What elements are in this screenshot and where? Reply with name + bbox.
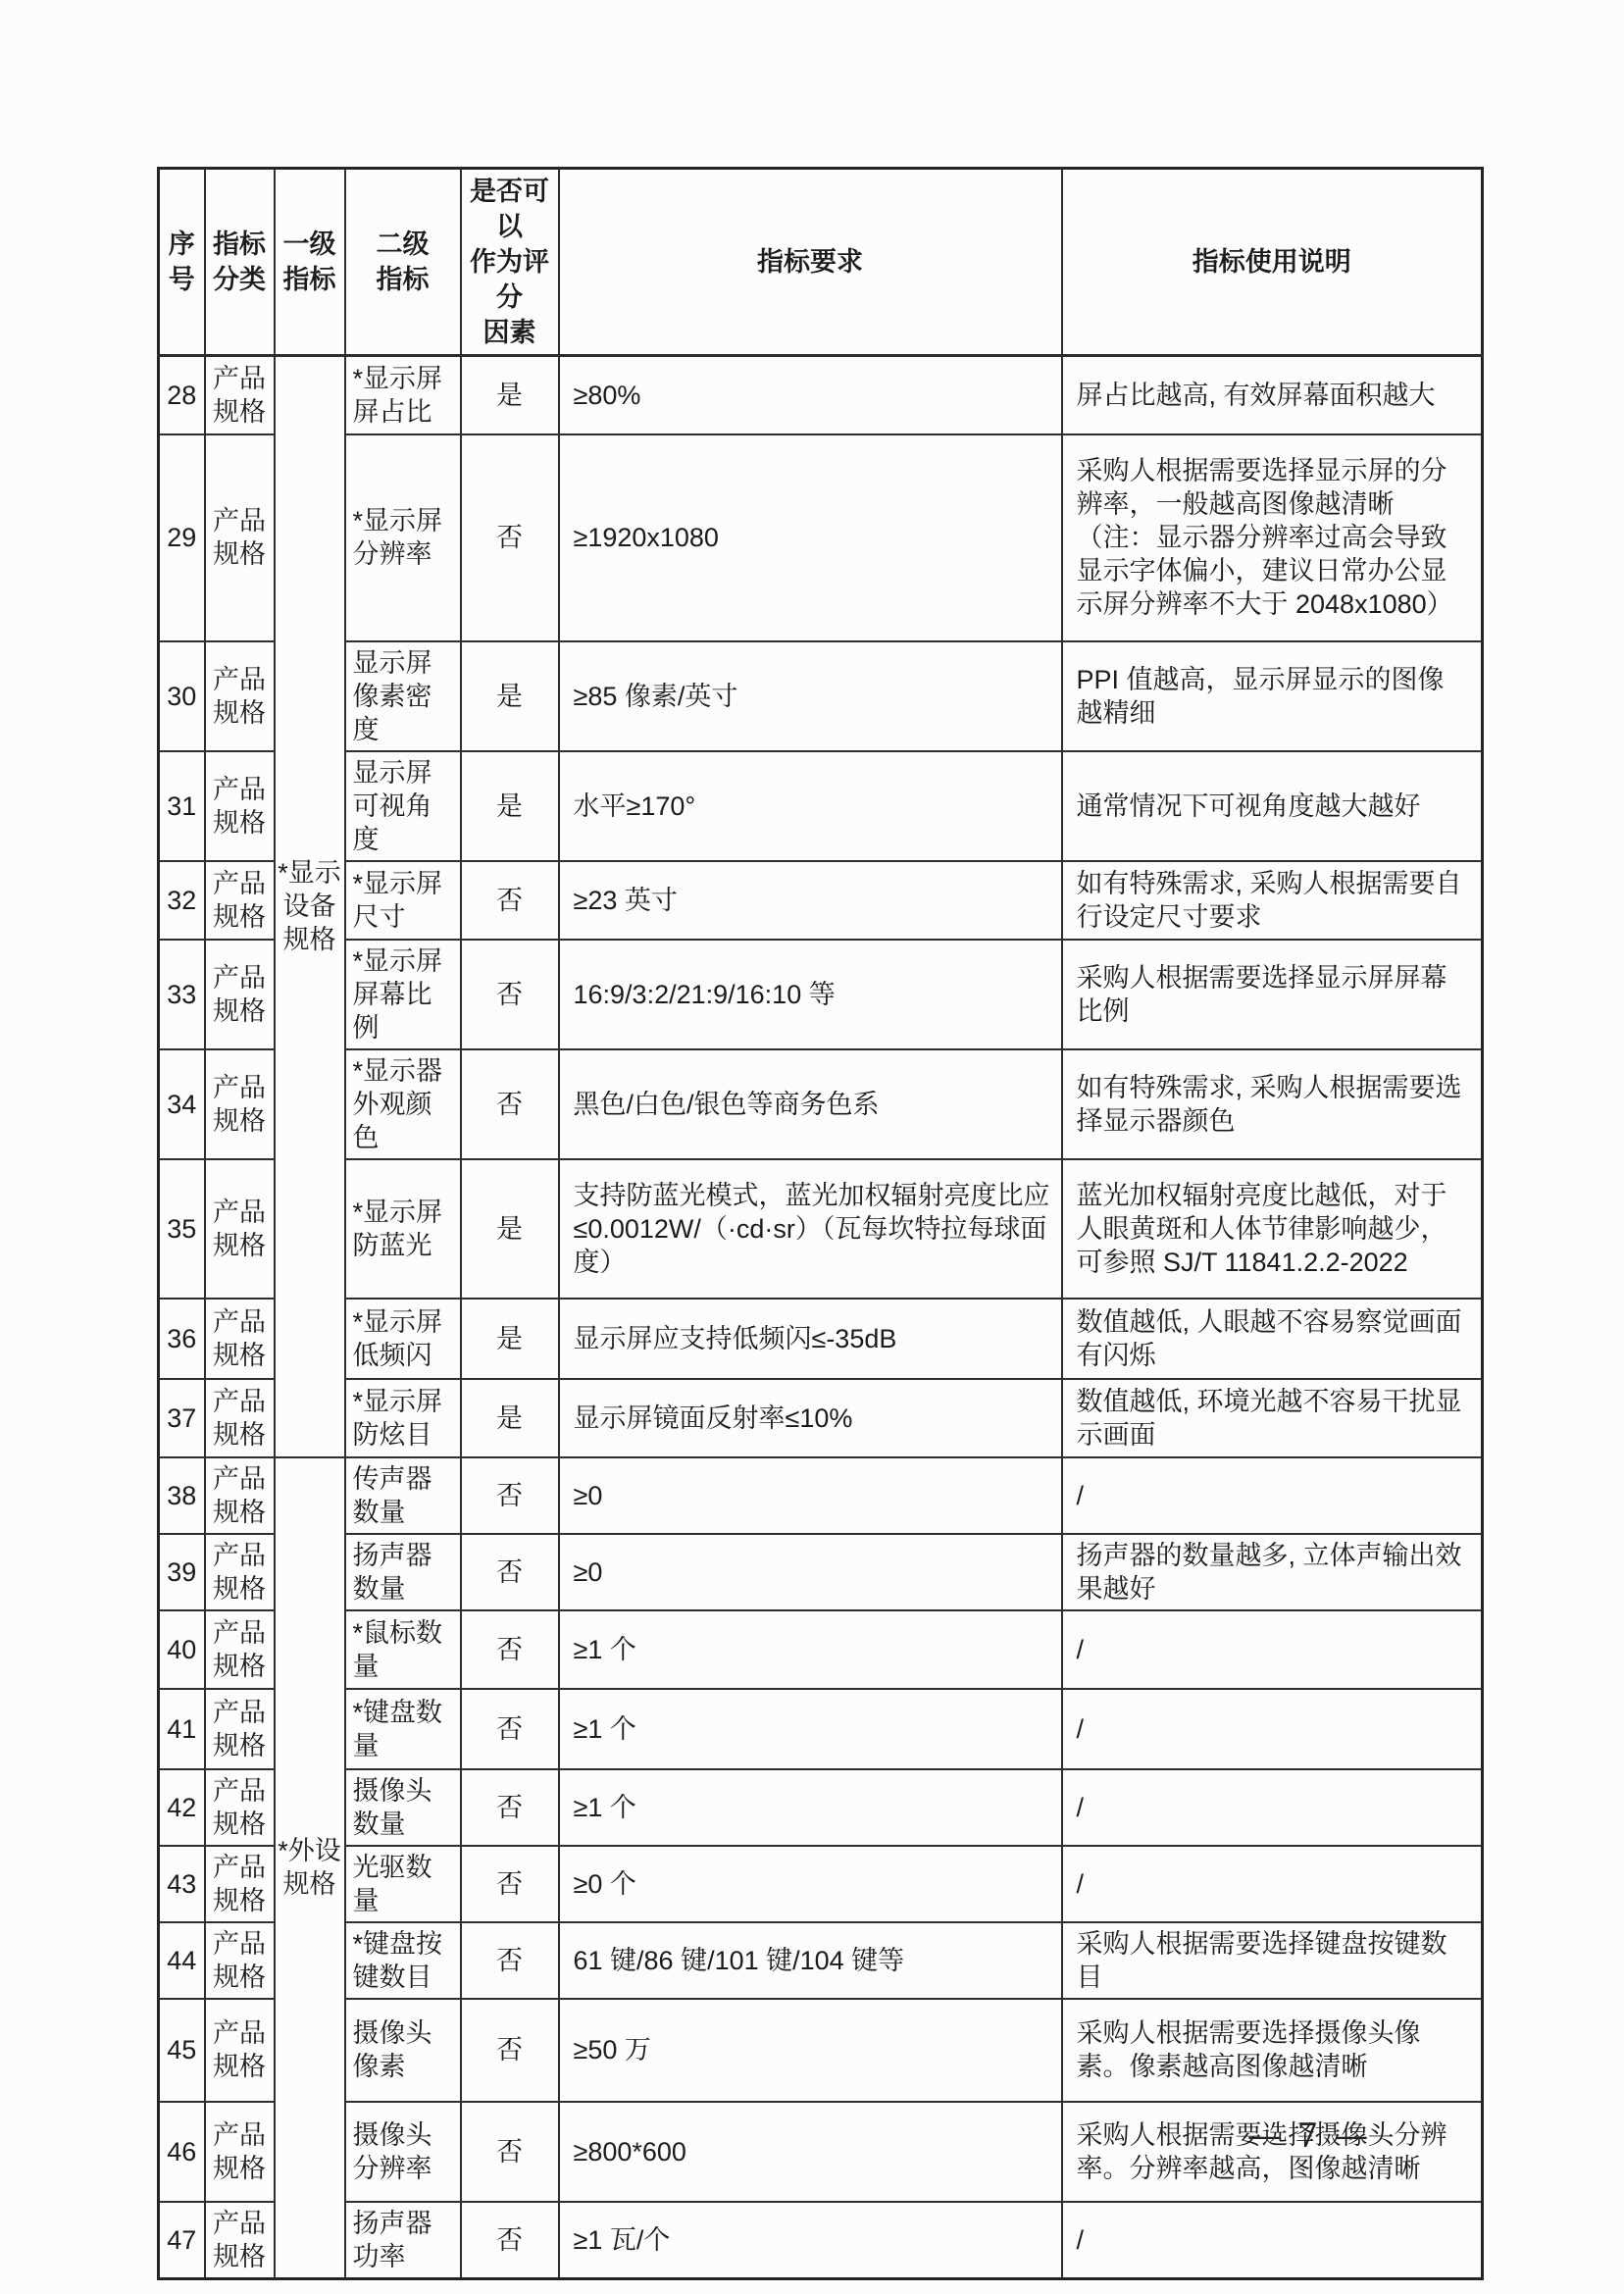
table-body: 28产品规格*显示 设备 规格*显示屏屏占比是≥80%屏占比越高, 有效屏幕面积… [159, 356, 1483, 2279]
usage-note-cell: 采购人根据需要选择摄像头像素。像素越高图像越清晰 [1062, 1999, 1483, 2102]
secondary-indicator-cell: 显示屏像素密度 [345, 641, 461, 751]
usage-note-cell: 屏占比越高, 有效屏幕面积越大 [1062, 356, 1483, 434]
requirement-cell: ≥50 万 [559, 1999, 1062, 2102]
secondary-indicator-cell: 扬声器数量 [345, 1534, 461, 1610]
column-header-primary: 一级 指标 [275, 169, 345, 356]
secondary-indicator-cell: *显示器外观颜色 [345, 1049, 461, 1159]
scoring-factor-cell: 否 [461, 940, 559, 1049]
usage-note-cell: / [1062, 1769, 1483, 1846]
requirement-cell: ≥85 像素/英寸 [559, 641, 1062, 751]
category-cell: 产品规格 [205, 1610, 275, 1689]
requirement-cell: 显示屏应支持低频闪≤-35dB [559, 1299, 1062, 1379]
usage-note-cell: / [1062, 1689, 1483, 1769]
table-row-28: 28产品规格*显示 设备 规格*显示屏屏占比是≥80%屏占比越高, 有效屏幕面积… [159, 356, 1483, 434]
column-header-category: 指标 分类 [205, 169, 275, 356]
requirement-cell: ≥0 个 [559, 1846, 1062, 1922]
scoring-factor-cell: 否 [461, 1457, 559, 1534]
category-cell: 产品规格 [205, 1689, 275, 1769]
row-number-cell: 45 [159, 1999, 205, 2102]
scoring-factor-cell: 否 [461, 1534, 559, 1610]
scoring-factor-cell: 是 [461, 751, 559, 861]
category-cell: 产品规格 [205, 1769, 275, 1846]
column-header-no: 序 号 [159, 169, 205, 356]
table-row-34: 34产品规格*显示器外观颜色否黑色/白色/银色等商务色系如有特殊需求, 采购人根… [159, 1049, 1483, 1159]
row-number-cell: 30 [159, 641, 205, 751]
requirement-cell: 16:9/3:2/21:9/16:10 等 [559, 940, 1062, 1049]
table-row-39: 39产品规格扬声器数量否≥0扬声器的数量越多, 立体声输出效果越好 [159, 1534, 1483, 1610]
category-cell: 产品规格 [205, 1159, 275, 1299]
usage-note-cell: 数值越低, 环境光越不容易干扰显示画面 [1062, 1379, 1483, 1457]
category-cell: 产品规格 [205, 1379, 275, 1457]
table-row-47: 47产品规格扬声器功率否≥1 瓦/个/ [159, 2202, 1483, 2279]
usage-note-cell: PPI 值越高，显示屏显示的图像越精细 [1062, 641, 1483, 751]
secondary-indicator-cell: 显示屏可视角度 [345, 751, 461, 861]
usage-note-cell: 采购人根据需要选择显示屏的分辨率，一般越高图像越清晰（注：显示器分辨率过高会导致… [1062, 434, 1483, 641]
row-number-cell: 37 [159, 1379, 205, 1457]
row-number-cell: 31 [159, 751, 205, 861]
row-number-cell: 32 [159, 861, 205, 940]
secondary-indicator-cell: *键盘数量 [345, 1689, 461, 1769]
requirement-cell: ≥1 瓦/个 [559, 2202, 1062, 2279]
category-cell: 产品规格 [205, 1999, 275, 2102]
table-row-43: 43产品规格光驱数量否≥0 个/ [159, 1846, 1483, 1922]
requirement-cell: ≥1 个 [559, 1769, 1062, 1846]
table-row-36: 36产品规格*显示屏低频闪是显示屏应支持低频闪≤-35dB数值越低, 人眼越不容… [159, 1299, 1483, 1379]
table-row-29: 29产品规格*显示屏分辨率否≥1920x1080采购人根据需要选择显示屏的分辨率… [159, 434, 1483, 641]
usage-note-cell: 采购人根据需要选择显示屏屏幕比例 [1062, 940, 1483, 1049]
requirement-cell: ≥0 [559, 1457, 1062, 1534]
secondary-indicator-cell: *显示屏防炫目 [345, 1379, 461, 1457]
requirement-cell: 显示屏镜面反射率≤10% [559, 1379, 1062, 1457]
scoring-factor-cell: 否 [461, 434, 559, 641]
secondary-indicator-cell: *显示屏屏幕比例 [345, 940, 461, 1049]
row-number-cell: 34 [159, 1049, 205, 1159]
table-row-41: 41产品规格*键盘数量否≥1 个/ [159, 1689, 1483, 1769]
scoring-factor-cell: 否 [461, 2102, 559, 2202]
row-number-cell: 40 [159, 1610, 205, 1689]
requirement-cell: 水平≥170° [559, 751, 1062, 861]
row-number-cell: 38 [159, 1457, 205, 1534]
category-cell: 产品规格 [205, 2102, 275, 2202]
table-header: 序 号指标 分类一级 指标二级 指标是否可以 作为评分 因素指标要求指标使用说明 [159, 169, 1483, 356]
usage-note-cell: / [1062, 2202, 1483, 2279]
category-cell: 产品规格 [205, 2202, 275, 2279]
requirement-cell: ≥23 英寸 [559, 861, 1062, 940]
secondary-indicator-cell: 摄像头分辨率 [345, 2102, 461, 2202]
row-number-cell: 46 [159, 2102, 205, 2202]
table-row-37: 37产品规格*显示屏防炫目是显示屏镜面反射率≤10%数值越低, 环境光越不容易干… [159, 1379, 1483, 1457]
category-cell: 产品规格 [205, 940, 275, 1049]
usage-note-cell: 通常情况下可视角度越大越好 [1062, 751, 1483, 861]
table-row-38: 38产品规格*外设 规格传声器数量否≥0/ [159, 1457, 1483, 1534]
secondary-indicator-cell: 摄像头数量 [345, 1769, 461, 1846]
scoring-factor-cell: 是 [461, 1379, 559, 1457]
row-number-cell: 28 [159, 356, 205, 434]
scoring-factor-cell: 否 [461, 1610, 559, 1689]
scoring-factor-cell: 否 [461, 1922, 559, 1999]
table-row-42: 42产品规格摄像头数量否≥1 个/ [159, 1769, 1483, 1846]
category-cell: 产品规格 [205, 1049, 275, 1159]
column-header-scoring: 是否可以 作为评分 因素 [461, 169, 559, 356]
secondary-indicator-cell: *显示屏防蓝光 [345, 1159, 461, 1299]
usage-note-cell: / [1062, 1846, 1483, 1922]
category-cell: 产品规格 [205, 434, 275, 641]
secondary-indicator-cell: *显示屏低频闪 [345, 1299, 461, 1379]
category-cell: 产品规格 [205, 861, 275, 940]
usage-note-cell: 扬声器的数量越多, 立体声输出效果越好 [1062, 1534, 1483, 1610]
primary-indicator-cell: *外设 规格 [275, 1457, 345, 2279]
scoring-factor-cell: 是 [461, 356, 559, 434]
table-row-32: 32产品规格*显示屏尺寸否≥23 英寸如有特殊需求, 采购人根据需要自行设定尺寸… [159, 861, 1483, 940]
table-row-30: 30产品规格显示屏像素密度是≥85 像素/英寸PPI 值越高，显示屏显示的图像越… [159, 641, 1483, 751]
scoring-factor-cell: 否 [461, 2202, 559, 2279]
secondary-indicator-cell: *显示屏尺寸 [345, 861, 461, 940]
secondary-indicator-cell: *键盘按键数目 [345, 1922, 461, 1999]
scoring-factor-cell: 否 [461, 1999, 559, 2102]
secondary-indicator-cell: 光驱数量 [345, 1846, 461, 1922]
requirement-cell: ≥1920x1080 [559, 434, 1062, 641]
row-number-cell: 43 [159, 1846, 205, 1922]
table-header-row: 序 号指标 分类一级 指标二级 指标是否可以 作为评分 因素指标要求指标使用说明 [159, 169, 1483, 356]
secondary-indicator-cell: 传声器数量 [345, 1457, 461, 1534]
table-row-44: 44产品规格*键盘按键数目否61 键/86 键/101 键/104 键等采购人根… [159, 1922, 1483, 1999]
scoring-factor-cell: 是 [461, 1299, 559, 1379]
scoring-factor-cell: 否 [461, 861, 559, 940]
secondary-indicator-cell: *鼠标数量 [345, 1610, 461, 1689]
category-cell: 产品规格 [205, 356, 275, 434]
row-number-cell: 41 [159, 1689, 205, 1769]
usage-note-cell: 采购人根据需要选择键盘按键数目 [1062, 1922, 1483, 1999]
table-row-35: 35产品规格*显示屏防蓝光是支持防蓝光模式，蓝光加权辐射亮度比应≤0.0012W… [159, 1159, 1483, 1299]
requirement-cell: ≥0 [559, 1534, 1062, 1610]
category-cell: 产品规格 [205, 1457, 275, 1534]
requirement-cell: ≥1 个 [559, 1610, 1062, 1689]
usage-note-cell: 蓝光加权辐射亮度比越低，对于人眼黄斑和人体节律影响越少，可参照 SJ/T 118… [1062, 1159, 1483, 1299]
requirement-cell: ≥800*600 [559, 2102, 1062, 2202]
table-row-40: 40产品规格*鼠标数量否≥1 个/ [159, 1610, 1483, 1689]
category-cell: 产品规格 [205, 641, 275, 751]
column-header-usage: 指标使用说明 [1062, 169, 1483, 356]
category-cell: 产品规格 [205, 751, 275, 861]
usage-note-cell: / [1062, 1457, 1483, 1534]
page-number: — 7 — [1211, 2116, 1407, 2156]
row-number-cell: 36 [159, 1299, 205, 1379]
row-number-cell: 29 [159, 434, 205, 641]
secondary-indicator-cell: 摄像头像素 [345, 1999, 461, 2102]
scoring-factor-cell: 否 [461, 1689, 559, 1769]
table-row-33: 33产品规格*显示屏屏幕比例否16:9/3:2/21:9/16:10 等采购人根… [159, 940, 1483, 1049]
requirement-cell: ≥1 个 [559, 1689, 1062, 1769]
scoring-factor-cell: 否 [461, 1846, 559, 1922]
document-page: 序 号指标 分类一级 指标二级 指标是否可以 作为评分 因素指标要求指标使用说明… [0, 0, 1624, 2294]
scoring-factor-cell: 否 [461, 1769, 559, 1846]
scoring-factor-cell: 否 [461, 1049, 559, 1159]
requirement-cell: ≥80% [559, 356, 1062, 434]
column-header-secondary: 二级 指标 [345, 169, 461, 356]
secondary-indicator-cell: 扬声器功率 [345, 2202, 461, 2279]
row-number-cell: 33 [159, 940, 205, 1049]
secondary-indicator-cell: *显示屏屏占比 [345, 356, 461, 434]
table-row-45: 45产品规格摄像头像素否≥50 万采购人根据需要选择摄像头像素。像素越高图像越清… [159, 1999, 1483, 2102]
scoring-factor-cell: 是 [461, 641, 559, 751]
category-cell: 产品规格 [205, 1922, 275, 1999]
column-header-requirement: 指标要求 [559, 169, 1062, 356]
row-number-cell: 42 [159, 1769, 205, 1846]
row-number-cell: 47 [159, 2202, 205, 2279]
requirement-cell: 黑色/白色/银色等商务色系 [559, 1049, 1062, 1159]
category-cell: 产品规格 [205, 1846, 275, 1922]
category-cell: 产品规格 [205, 1299, 275, 1379]
usage-note-cell: / [1062, 1610, 1483, 1689]
row-number-cell: 39 [159, 1534, 205, 1610]
table-row-31: 31产品规格显示屏可视角度是水平≥170°通常情况下可视角度越大越好 [159, 751, 1483, 861]
secondary-indicator-cell: *显示屏分辨率 [345, 434, 461, 641]
usage-note-cell: 数值越低, 人眼越不容易察觉画面有闪烁 [1062, 1299, 1483, 1379]
primary-indicator-cell: *显示 设备 规格 [275, 356, 345, 1457]
row-number-cell: 44 [159, 1922, 205, 1999]
usage-note-cell: 如有特殊需求, 采购人根据需要选择显示器颜色 [1062, 1049, 1483, 1159]
indicator-table: 序 号指标 分类一级 指标二级 指标是否可以 作为评分 因素指标要求指标使用说明… [157, 167, 1484, 2280]
requirement-cell: 支持防蓝光模式，蓝光加权辐射亮度比应≤0.0012W/（·cd·sr）（瓦每坎特… [559, 1159, 1062, 1299]
scoring-factor-cell: 是 [461, 1159, 559, 1299]
row-number-cell: 35 [159, 1159, 205, 1299]
requirement-cell: 61 键/86 键/101 键/104 键等 [559, 1922, 1062, 1999]
usage-note-cell: 如有特殊需求, 采购人根据需要自行设定尺寸要求 [1062, 861, 1483, 940]
category-cell: 产品规格 [205, 1534, 275, 1610]
